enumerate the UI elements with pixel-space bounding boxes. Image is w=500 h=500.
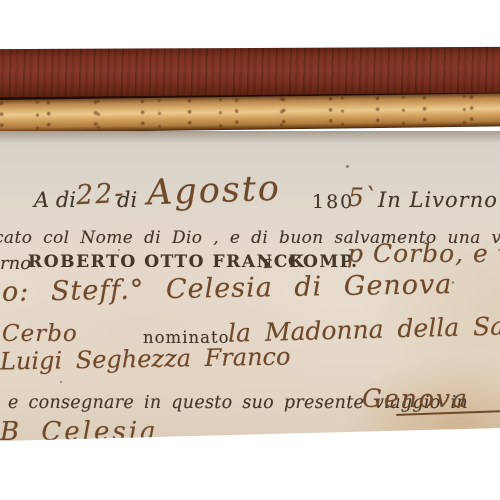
photo-of-framed-document: A di 22- di Agosto 180 5ˋ In Livorno cat… <box>0 0 500 500</box>
picture-frame-wood-bar <box>0 47 500 99</box>
age-spot <box>60 381 62 383</box>
company-handwritten-suffix: p Corbo, e v <box>347 239 500 268</box>
company-conjunction: E <box>263 257 272 271</box>
captain-handwritten-line: Luigi Seghezza Franco <box>0 342 291 375</box>
date-printed-di: di <box>117 188 137 212</box>
date-printed-prefix: A di <box>34 188 76 212</box>
age-spot <box>346 165 349 168</box>
ship-handwritten-left: Cerbo <box>2 321 78 347</box>
picture-frame-gilt-molding <box>0 93 500 133</box>
document-paper: A di 22- di Agosto 180 5ˋ In Livorno cat… <box>0 131 500 441</box>
voyage-handwritten-destination: Genova <box>362 384 469 413</box>
bottom-partial-signature: B Celesia <box>0 417 159 441</box>
date-printed-place: In Livorno <box>378 188 498 212</box>
consignee-handwritten-line: o: Steff.° Celesia di Genova <box>2 269 453 308</box>
frame-cast-shadow <box>0 131 500 143</box>
date-handwritten-year-digit: 5ˋ <box>348 183 376 212</box>
age-spot <box>118 249 120 251</box>
company-printed-prefix: rno <box>0 253 31 274</box>
date-handwritten-month: Agosto <box>146 169 281 214</box>
